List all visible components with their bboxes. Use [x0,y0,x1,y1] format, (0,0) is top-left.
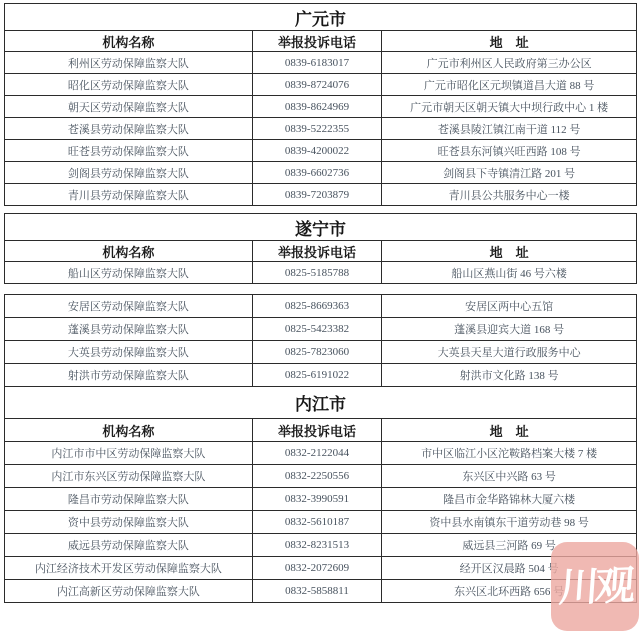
column-header-row: 机构名称举报投诉电话地 址 [5,31,637,52]
table-row: 射洪市劳动保障监察大队0825-6191022射洪市文化路 138 号 [5,364,637,387]
city-title-row: 内江市 [5,387,637,419]
table-row: 大英县劳动保障监察大队0825-7823060大英县天星大道行政服务中心 [5,341,637,364]
column-header-phone: 举报投诉电话 [252,31,382,52]
table-row: 威远县劳动保障监察大队0832-8231513威远县三河路 69 号 [5,534,637,557]
table-row: 利州区劳动保障监察大队0839-6183017广元市利州区人民政府第三办公区 [5,52,637,74]
table-row: 昭化区劳动保障监察大队0839-8724076广元市昭化区元坝镇道昌大道 88 … [5,74,637,96]
column-header-name: 机构名称 [5,419,253,442]
phone-cell: 0832-3990591 [252,488,382,511]
table-row: 旺苍县劳动保障监察大队0839-4200022旺苍县东河镇兴旺西路 108 号 [5,140,637,162]
agency-name-cell: 资中县劳动保障监察大队 [5,511,253,534]
suining-part2-neijiang-table: 安居区劳动保障监察大队0825-8669363安居区两中心五馆蓬溪县劳动保障监察… [4,294,637,603]
agency-name-cell: 蓬溪县劳动保障监察大队 [5,318,253,341]
table-row: 蓬溪县劳动保障监察大队0825-5423382蓬溪县迎宾大道 168 号 [5,318,637,341]
phone-cell: 0825-8669363 [252,295,382,318]
city-title: 遂宁市 [5,214,637,241]
agency-name-cell: 内江高新区劳动保障监察大队 [5,580,253,603]
address-cell: 青川县公共服务中心一楼 [382,184,637,206]
watermark-text: 川观 [557,565,632,607]
address-cell: 隆昌市金华路锦林大厦六楼 [382,488,637,511]
agency-name-cell: 苍溪县劳动保障监察大队 [5,118,253,140]
city-title-row: 遂宁市 [5,214,637,241]
phone-cell: 0839-6183017 [252,52,382,74]
table-row: 苍溪县劳动保障监察大队0839-5222355苍溪县陵江镇江南干道 112 号 [5,118,637,140]
city-title: 内江市 [5,387,637,419]
column-header-address: 地 址 [382,419,637,442]
phone-cell: 0839-5222355 [252,118,382,140]
table-row: 内江市东兴区劳动保障监察大队0832-2250556东兴区中兴路 63 号 [5,465,637,488]
address-cell: 广元市利州区人民政府第三办公区 [382,52,637,74]
table-row: 内江高新区劳动保障监察大队0832-5858811东兴区北环西路 656 号 [5,580,637,603]
phone-cell: 0839-8624969 [252,96,382,118]
agency-name-cell: 昭化区劳动保障监察大队 [5,74,253,96]
agency-name-cell: 旺苍县劳动保障监察大队 [5,140,253,162]
address-cell: 射洪市文化路 138 号 [382,364,637,387]
phone-cell: 0839-8724076 [252,74,382,96]
agency-name-cell: 安居区劳动保障监察大队 [5,295,253,318]
agency-name-cell: 朝天区劳动保障监察大队 [5,96,253,118]
city-title-row: 广元市 [5,4,637,31]
phone-cell: 0832-5858811 [252,580,382,603]
address-cell: 大英县天星大道行政服务中心 [382,341,637,364]
address-cell: 资中县水南镇东干道劳动巷 98 号 [382,511,637,534]
address-cell: 剑阁县下寺镇清江路 201 号 [382,162,637,184]
agency-name-cell: 剑阁县劳动保障监察大队 [5,162,253,184]
table-row: 青川县劳动保障监察大队0839-7203879青川县公共服务中心一楼 [5,184,637,206]
table-row: 剑阁县劳动保障监察大队0839-6602736剑阁县下寺镇清江路 201 号 [5,162,637,184]
phone-cell: 0832-2122044 [252,442,382,465]
agency-name-cell: 青川县劳动保障监察大队 [5,184,253,206]
suining-table-part1: 遂宁市机构名称举报投诉电话地 址船山区劳动保障监察大队0825-5185788船… [4,213,637,284]
agency-name-cell: 船山区劳动保障监察大队 [5,262,253,284]
column-header-name: 机构名称 [5,241,253,262]
agency-name-cell: 射洪市劳动保障监察大队 [5,364,253,387]
phone-cell: 0832-8231513 [252,534,382,557]
phone-cell: 0825-6191022 [252,364,382,387]
phone-cell: 0839-4200022 [252,140,382,162]
address-cell: 东兴区中兴路 63 号 [382,465,637,488]
phone-cell: 0839-6602736 [252,162,382,184]
agency-name-cell: 内江市市中区劳动保障监察大队 [5,442,253,465]
column-header-row: 机构名称举报投诉电话地 址 [5,419,637,442]
address-cell: 旺苍县东河镇兴旺西路 108 号 [382,140,637,162]
phone-cell: 0832-2250556 [252,465,382,488]
phone-cell: 0832-5610187 [252,511,382,534]
table-row: 内江经济技术开发区劳动保障监察大队0832-2072609经开区汉晨路 504 … [5,557,637,580]
phone-cell: 0832-2072609 [252,557,382,580]
city-title: 广元市 [5,4,637,31]
column-header-address: 地 址 [382,241,637,262]
agency-name-cell: 威远县劳动保障监察大队 [5,534,253,557]
phone-cell: 0825-5185788 [252,262,382,284]
address-cell: 市中区临江小区沱鞍路档案大楼 7 楼 [382,442,637,465]
table-row: 朝天区劳动保障监察大队0839-8624969广元市朝天区朝天镇大中坝行政中心 … [5,96,637,118]
column-header-row: 机构名称举报投诉电话地 址 [5,241,637,262]
address-cell: 船山区燕山街 46 号六楼 [382,262,637,284]
guangyuan-table: 广元市机构名称举报投诉电话地 址利州区劳动保障监察大队0839-6183017广… [4,3,637,206]
table-row: 隆昌市劳动保障监察大队0832-3990591隆昌市金华路锦林大厦六楼 [5,488,637,511]
address-cell: 广元市朝天区朝天镇大中坝行政中心 1 楼 [382,96,637,118]
column-header-phone: 举报投诉电话 [252,419,382,442]
column-header-address: 地 址 [382,31,637,52]
column-header-phone: 举报投诉电话 [252,241,382,262]
agency-name-cell: 内江市东兴区劳动保障监察大队 [5,465,253,488]
column-header-name: 机构名称 [5,31,253,52]
page: { "columns": { "name": "机构名称", "phone": … [0,0,640,640]
tables-container: 广元市机构名称举报投诉电话地 址利州区劳动保障监察大队0839-6183017广… [4,3,637,603]
address-cell: 安居区两中心五馆 [382,295,637,318]
agency-name-cell: 内江经济技术开发区劳动保障监察大队 [5,557,253,580]
agency-name-cell: 隆昌市劳动保障监察大队 [5,488,253,511]
table-row: 内江市市中区劳动保障监察大队0832-2122044市中区临江小区沱鞍路档案大楼… [5,442,637,465]
table-row: 资中县劳动保障监察大队0832-5610187资中县水南镇东干道劳动巷 98 号 [5,511,637,534]
phone-cell: 0825-5423382 [252,318,382,341]
address-cell: 广元市昭化区元坝镇道昌大道 88 号 [382,74,637,96]
table-row: 安居区劳动保障监察大队0825-8669363安居区两中心五馆 [5,295,637,318]
chuanguan-watermark: 川观 [551,542,639,631]
phone-cell: 0825-7823060 [252,341,382,364]
agency-name-cell: 大英县劳动保障监察大队 [5,341,253,364]
table-row: 船山区劳动保障监察大队0825-5185788船山区燕山街 46 号六楼 [5,262,637,284]
address-cell: 苍溪县陵江镇江南干道 112 号 [382,118,637,140]
address-cell: 蓬溪县迎宾大道 168 号 [382,318,637,341]
phone-cell: 0839-7203879 [252,184,382,206]
agency-name-cell: 利州区劳动保障监察大队 [5,52,253,74]
